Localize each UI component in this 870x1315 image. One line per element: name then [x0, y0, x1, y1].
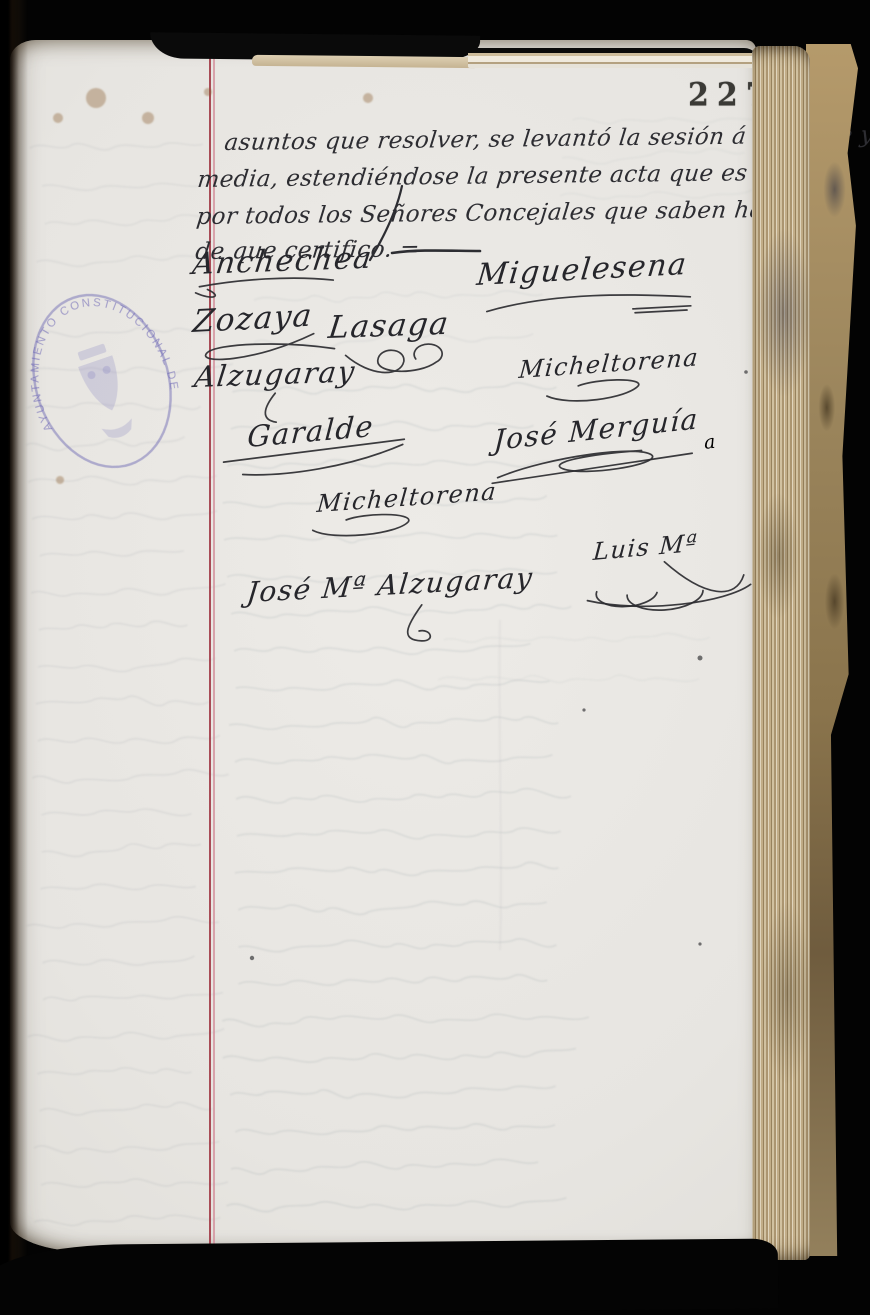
page-block-fore-edge — [752, 46, 810, 1260]
svg-text:AYUNTAMIENTO CONSTITUCIONAL DE: AYUNTAMIENTO CONSTITUCIONAL DE — [5, 277, 182, 438]
page-corner-steps — [468, 48, 760, 68]
book-scan: AYUNTAMIENTO CONSTITUCIONAL DE 227 asunt… — [0, 0, 870, 1300]
page-bottom-edge — [0, 1239, 778, 1300]
gutter-shadow — [0, 0, 28, 1300]
book-cover-edge — [806, 44, 858, 1256]
signature-lasaga: Lasaga — [328, 306, 450, 346]
signature-zozaya: Zozaya — [192, 298, 314, 340]
underlying-page-edge — [252, 55, 478, 68]
stamp-coat-of-arms — [74, 342, 139, 443]
signature-anchechea: Anchechea — [192, 241, 373, 282]
signature-alzugaray: Alzugaray — [194, 354, 356, 394]
stamp-ring-text: AYUNTAMIENTO CONSTITUCIONAL DE — [5, 277, 182, 438]
signature-tail-letter: a — [703, 431, 717, 454]
